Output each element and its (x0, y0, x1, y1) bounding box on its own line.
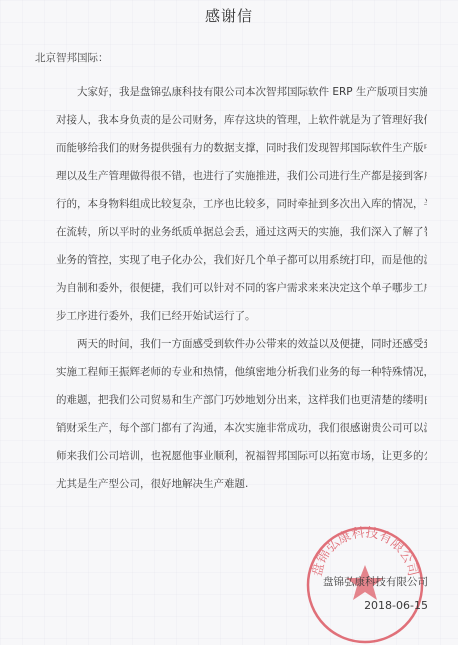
signature-company: 盘锦弘康科技有限公司 (323, 574, 428, 589)
paragraph-1: 大家好，我是盘锦弘康科技有限公司本次智邦国际软件 ERP 生产版项目实施上线的主… (35, 78, 427, 330)
text-line: 行的，本身物料组成比较复杂，工序也比较多，同时牵扯到多次出入库的情况，半成品一直 (35, 190, 427, 218)
signature-date: 2018-06-15 (323, 599, 428, 612)
text-line: 对接人，我本身负责的是公司财务，库存这块的管理，上软件就是为了管理好我们的库存从 (35, 106, 427, 134)
paragraph-2: 两天的时间，我们一方面感受到软件办公带来的效益以及便捷，同时还感受到贵公司的 实… (35, 330, 427, 498)
text-line: 而能够给我们的财务提供强有力的数据支撑，同时我们发现智邦国际软件生产版中的合同管 (35, 134, 427, 162)
text-line: 的难题，把我们公司贸易和生产部门巧妙地划分出来，这样我们也更清楚的缕明白业务流程… (35, 386, 427, 414)
signature-block: 盘锦弘康科技有限公司 2018-06-15 (323, 574, 428, 612)
letter-title: 感谢信 (0, 5, 458, 26)
text-line: 师来我们公司培训，也祝愿他事业顺利，祝福智邦国际可以拓宽市场，让更多的公司收益， (35, 442, 427, 470)
letter-body: 大家好，我是盘锦弘康科技有限公司本次智邦国际软件 ERP 生产版项目实施上线的主… (35, 78, 427, 498)
text-line: 实施工程师王振辉老师的专业和热情，他缜密地分析我们业务的每一种特殊情况，解决我们 (35, 358, 427, 386)
text-line: 销财采生产，每个部门都有了沟通，本次实施非常成功，我们很感谢贵公司可以派王振辉老 (35, 414, 427, 442)
text-line: 为自制和委外，很便捷，我们可以针对不同的客户需求来来决定这个单子哪步工序走自制哪 (35, 274, 427, 302)
thank-you-letter: 感谢信 北京智邦国际： 大家好，我是盘锦弘康科技有限公司本次智邦国际软件 ERP… (0, 0, 458, 645)
text-line: 尤其是生产型公司，很好地解决生产难题. (35, 470, 427, 498)
text-line: 业务的管控，实现了电子化办公，我们好几个单子都可以用系统打印，而是他的派工管理分 (35, 246, 427, 274)
text-line: 在流转，所以平时的业务纸质单据总会丢，通过这两天的实施，我们深入了解了智邦软件对 (35, 218, 427, 246)
text-line: 两天的时间，我们一方面感受到软件办公带来的效益以及便捷，同时还感受到贵公司的 (35, 330, 427, 358)
text-line: 大家好，我是盘锦弘康科技有限公司本次智邦国际软件 ERP 生产版项目实施上线的主 (35, 78, 427, 106)
text-line: 步工序进行委外，我们已经开始试运行了。 (35, 302, 427, 330)
text-line: 理以及生产管理做得很不错，也进行了实施推进，我们公司进行生产都是接到客户订单才进 (35, 162, 427, 190)
salutation: 北京智邦国际： (35, 50, 109, 65)
